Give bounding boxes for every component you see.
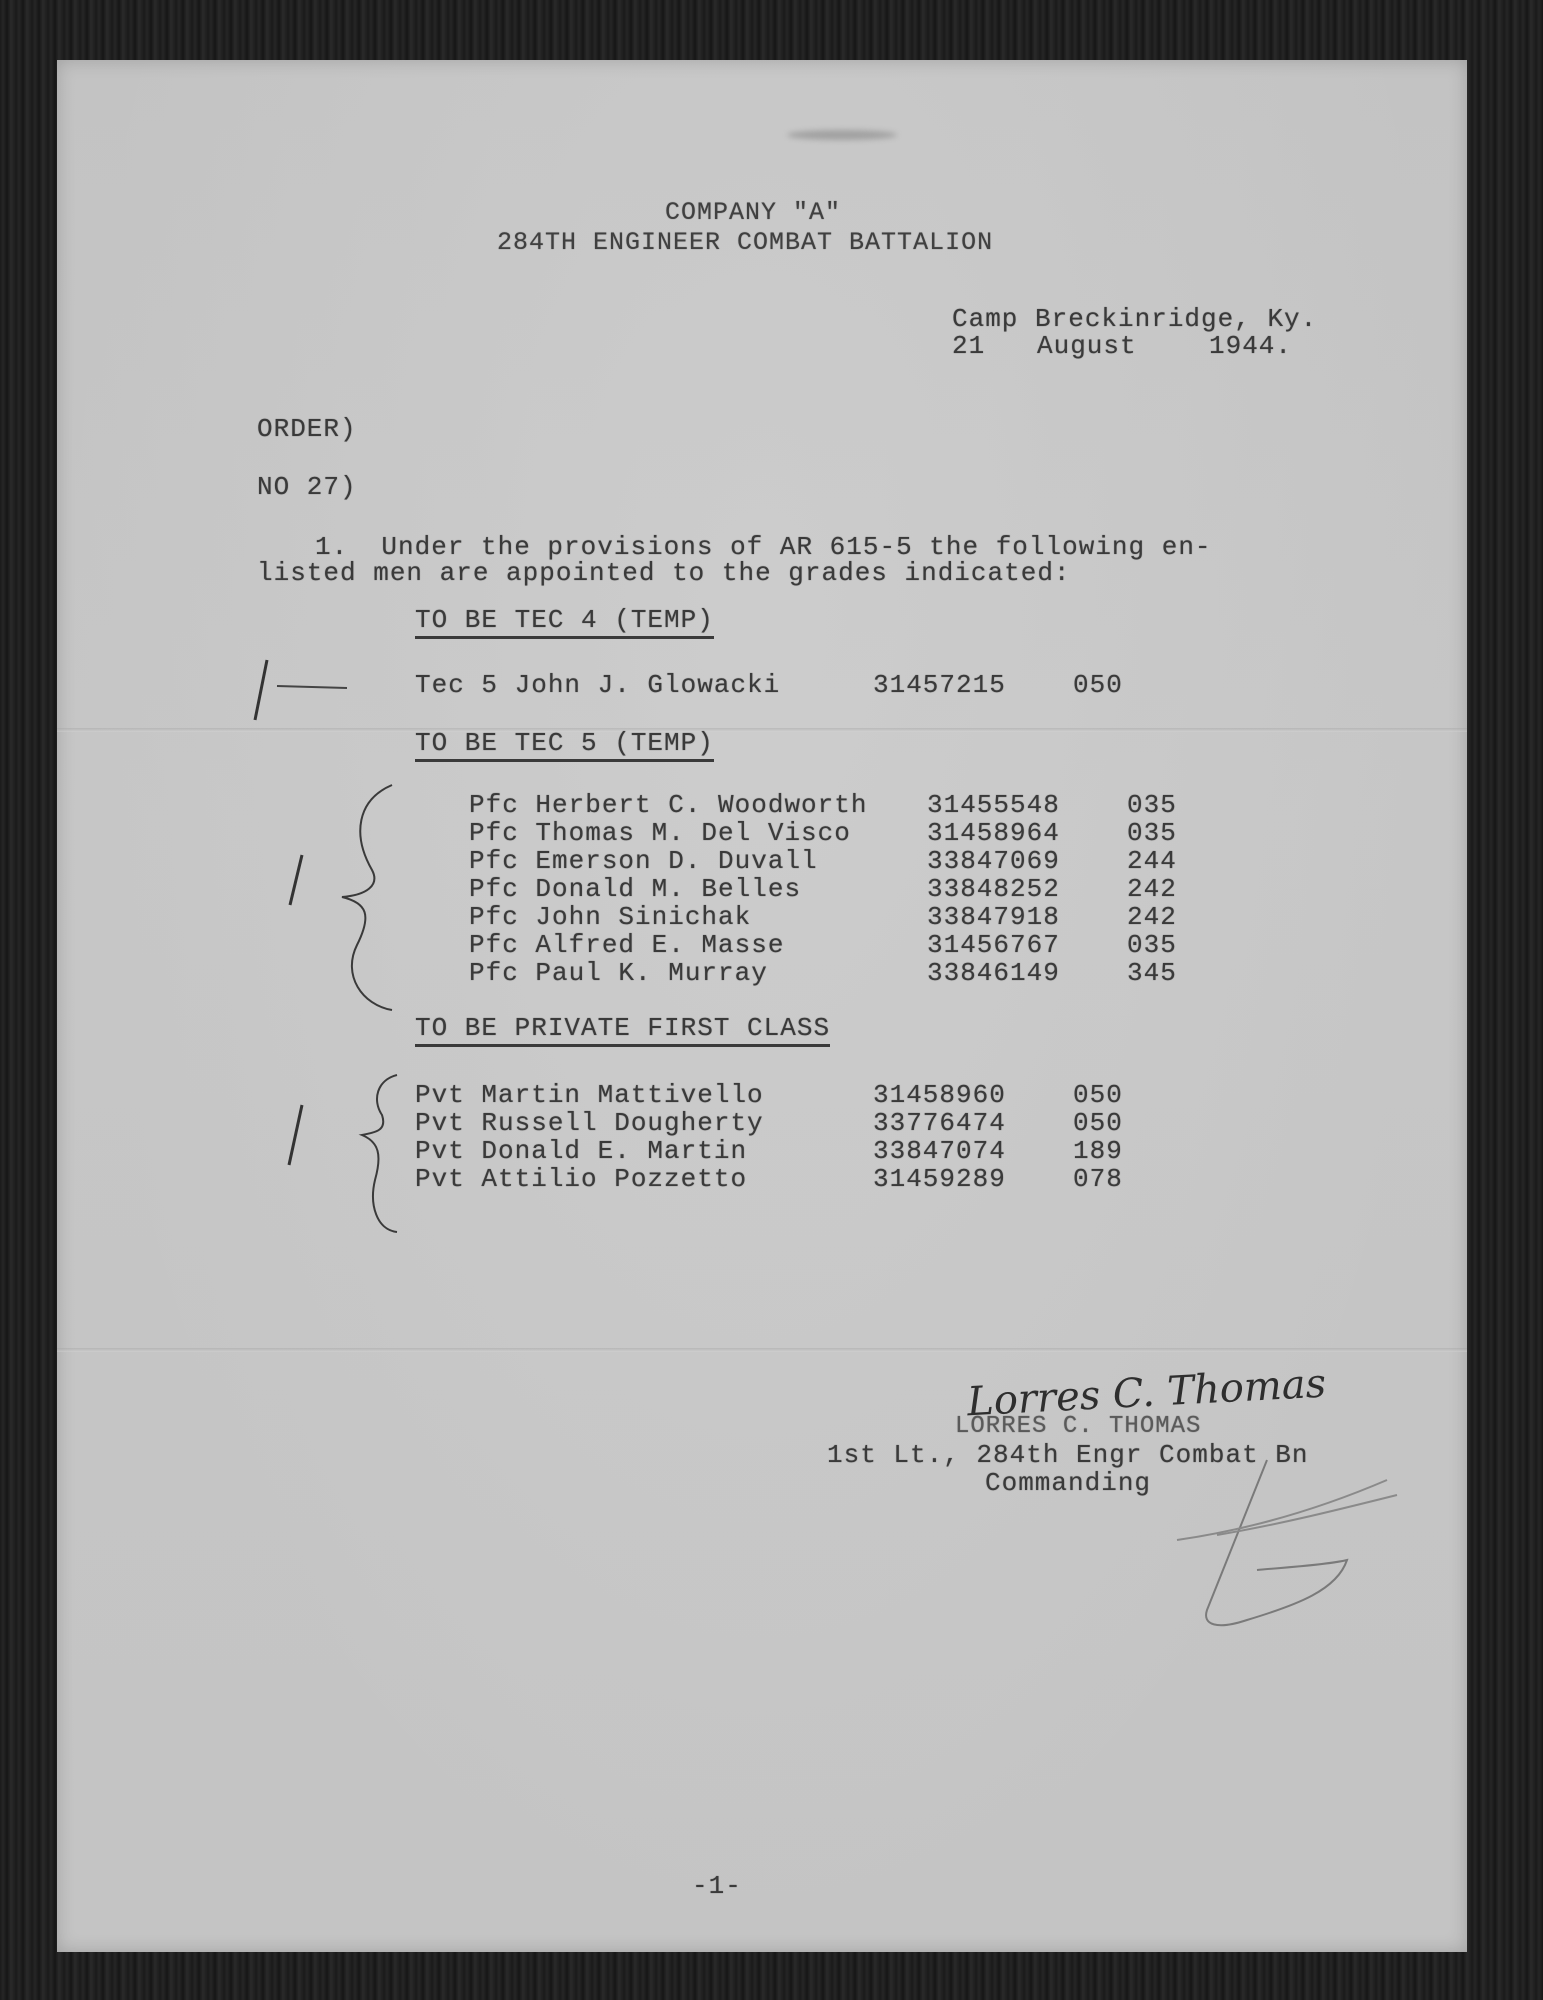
date-day: 21 [952, 333, 985, 359]
entry-code: 035 [1127, 930, 1207, 958]
signatory-role: Commanding [985, 1470, 1151, 1496]
paragraph-line-1: 1. Under the provisions of AR 615-5 the … [315, 534, 1212, 560]
entry-serial: 33847918 [927, 902, 1127, 930]
table-row: Pfc Paul K. Murray 33846149 345 [469, 958, 1207, 986]
date-year: 1944. [1209, 333, 1292, 359]
table-row: Pfc Herbert C. Woodworth 31455548 035 [469, 790, 1207, 818]
table-row: Pfc Emerson D. Duvall 33847069 244 [469, 846, 1207, 874]
entry-name: Tec 5 John J. Glowacki [415, 670, 873, 698]
section-heading-tec4: TO BE TEC 4 (TEMP) [415, 607, 714, 639]
section-heading-pfc: TO BE PRIVATE FIRST CLASS [415, 1015, 830, 1047]
entry-serial: 31459289 [873, 1164, 1073, 1192]
table-row: Pvt Donald E. Martin 33847074 189 [415, 1136, 1153, 1164]
table-row: Pvt Martin Mattivello 31458960 050 [415, 1080, 1153, 1108]
entry-code: 035 [1127, 818, 1207, 846]
date-month: August [1037, 333, 1137, 359]
order-number: NO 27) [257, 474, 357, 500]
entry-code: 244 [1127, 846, 1207, 874]
entry-serial: 33847074 [873, 1136, 1073, 1164]
entry-serial: 31457215 [873, 670, 1073, 698]
document-page: COMPANY "A" 284TH ENGINEER COMBAT BATTAL… [57, 60, 1467, 1952]
entry-name: Pfc John Sinichak [469, 902, 927, 930]
section-heading-tec5: TO BE TEC 5 (TEMP) [415, 730, 714, 762]
entry-serial: 31456767 [927, 930, 1127, 958]
entry-code: 050 [1073, 1080, 1153, 1108]
entry-serial: 31458960 [873, 1080, 1073, 1108]
pencil-check-mark-icon [237, 640, 427, 800]
entry-name: Pvt Martin Mattivello [415, 1080, 873, 1108]
signatory-rank-unit: 1st Lt., 284th Engr Combat Bn [827, 1442, 1308, 1468]
entry-name: Pfc Donald M. Belles [469, 874, 927, 902]
table-row: Pvt Attilio Pozzetto 31459289 078 [415, 1164, 1153, 1192]
signatory-typed-name: LORRES C. THOMAS [955, 1415, 1201, 1439]
table-row: Tec 5 John J. Glowacki 31457215 050 [415, 670, 1153, 698]
entry-code: 050 [1073, 1108, 1153, 1136]
table-row: Pfc John Sinichak 33847918 242 [469, 902, 1207, 930]
entry-serial: 33847069 [927, 846, 1127, 874]
entry-code: 242 [1127, 874, 1207, 902]
table-row: Pvt Russell Dougherty 33776474 050 [415, 1108, 1153, 1136]
entry-serial: 31458964 [927, 818, 1127, 846]
location-line: Camp Breckinridge, Ky. [952, 306, 1317, 332]
entry-name: Pfc Paul K. Murray [469, 958, 927, 986]
entry-serial: 33776474 [873, 1108, 1073, 1136]
entry-name: Pfc Herbert C. Woodworth [469, 790, 927, 818]
order-label: ORDER) [257, 416, 357, 442]
table-row: Pfc Thomas M. Del Visco 31458964 035 [469, 818, 1207, 846]
entry-code: 078 [1073, 1164, 1153, 1192]
ink-smudge [787, 130, 897, 140]
entry-name: Pvt Donald E. Martin [415, 1136, 873, 1164]
pencil-scribble-icon [1157, 1440, 1417, 1650]
entry-name: Pfc Thomas M. Del Visco [469, 818, 927, 846]
entry-name: Pvt Attilio Pozzetto [415, 1164, 873, 1192]
entry-name: Pvt Russell Dougherty [415, 1108, 873, 1136]
entry-code: 050 [1073, 670, 1153, 698]
paragraph-line-2: listed men are appointed to the grades i… [257, 560, 1071, 586]
entry-code: 242 [1127, 902, 1207, 930]
page-number: -1- [692, 1873, 742, 1899]
battalion-heading: 284TH ENGINEER COMBAT BATTALION [497, 230, 993, 255]
entry-serial: 33848252 [927, 874, 1127, 902]
entry-code: 189 [1073, 1136, 1153, 1164]
entry-code: 035 [1127, 790, 1207, 818]
table-row: Pfc Donald M. Belles 33848252 242 [469, 874, 1207, 902]
pencil-brace-icon [272, 775, 432, 1055]
entry-name: Pfc Alfred E. Masse [469, 930, 927, 958]
entry-code: 345 [1127, 958, 1207, 986]
fold-line [57, 728, 1467, 732]
table-row: Pfc Alfred E. Masse 31456767 035 [469, 930, 1207, 958]
company-heading: COMPANY "A" [665, 200, 841, 225]
entry-name: Pfc Emerson D. Duvall [469, 846, 927, 874]
entry-serial: 31455548 [927, 790, 1127, 818]
entry-serial: 33846149 [927, 958, 1127, 986]
fold-line [57, 1348, 1467, 1352]
